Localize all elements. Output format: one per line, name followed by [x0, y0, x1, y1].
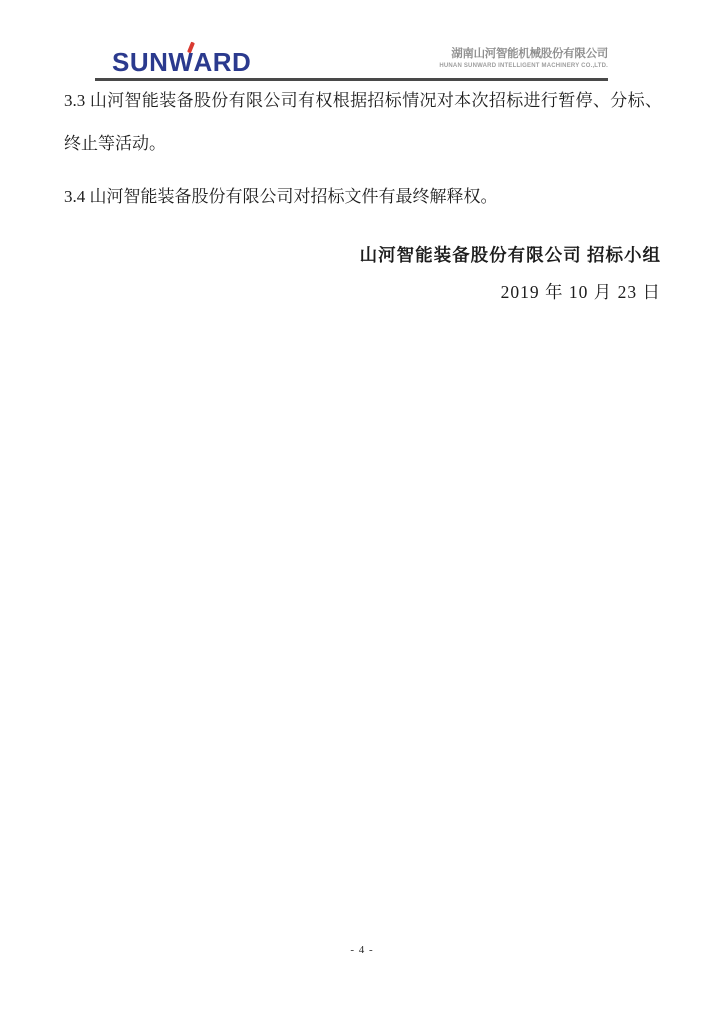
company-name-cn: 湖南山河智能机械股份有限公司: [439, 48, 608, 61]
paragraph-3-4: 3.4 山河智能装备股份有限公司对招标文件有最终解释权。: [64, 175, 662, 218]
logo-text-w-wrap: W: [168, 49, 193, 75]
logo-text-ard: ARD: [193, 47, 251, 77]
paragraph-3-3: 3.3 山河智能装备股份有限公司有权根据招标情况对本次招标进行暂停、分标、终止等…: [64, 79, 662, 165]
company-name-block: 湖南山河智能机械股份有限公司 HUNAN SUNWARD INTELLIGENT…: [439, 48, 608, 69]
date-line: 2019 年 10 月 23 日: [501, 282, 661, 302]
signature-line: 山河智能装备股份有限公司 招标小组: [360, 245, 661, 265]
logo-text-sun: SUN: [112, 47, 168, 77]
sunward-logo: SUNWARD: [112, 49, 251, 75]
company-name-en: HUNAN SUNWARD INTELLIGENT MACHINERY CO.,…: [439, 63, 608, 69]
document-page: SUNWARD 湖南山河智能机械股份有限公司 HUNAN SUNWARD INT…: [0, 0, 724, 1024]
page-number: - 4 -: [0, 944, 724, 957]
